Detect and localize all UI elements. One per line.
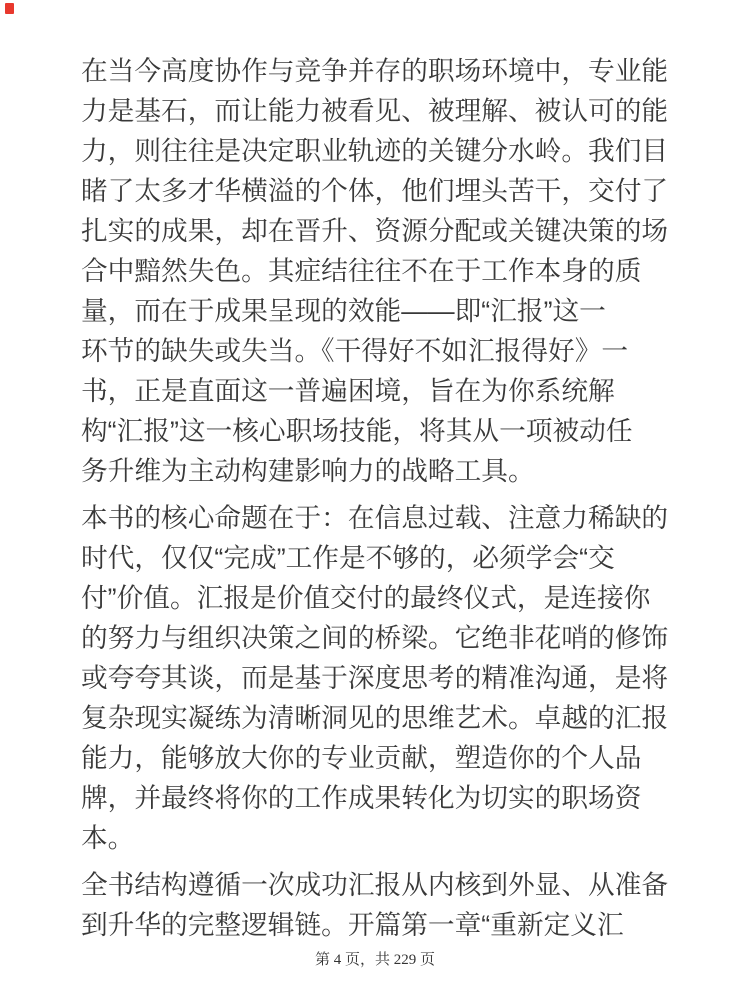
document-body: 在当今高度协作与竞争并存的职场环境中，专业能力是基石，而让能力被看见、被理解、被… <box>81 51 673 952</box>
text-line: 的努力与组织决策之间的桥梁。它绝非花哨的修饰 <box>81 618 673 658</box>
text-line: 睹了太多才华横溢的个体，他们埋头苦干，交付了 <box>81 171 673 211</box>
page-footer: 第 4 页，共 229 页 <box>0 948 750 969</box>
text-line: 付”价值。汇报是价值交付的最终仪式，是连接你 <box>81 578 673 618</box>
corner-marker <box>5 3 14 14</box>
text-line: 复杂现实凝练为清晰洞见的思维艺术。卓越的汇报 <box>81 698 673 738</box>
text-line: 力，则往往是决定职业轨迹的关键分水岭。我们目 <box>81 131 673 171</box>
paragraph: 全书结构遵循一次成功汇报从内核到外显、从准备到升华的完整逻辑链。开篇第一章“重新… <box>81 865 673 945</box>
text-line: 到升华的完整逻辑链。开篇第一章“重新定义汇 <box>81 905 673 945</box>
page-indicator: 第 4 页，共 229 页 <box>315 952 435 968</box>
text-line: 书，正是直面这一普遍困境，旨在为你系统解 <box>81 371 673 411</box>
text-line: 务升维为主动构建影响力的战略工具。 <box>81 451 673 491</box>
text-line: 扎实的成果，却在晋升、资源分配或关键决策的场 <box>81 211 673 251</box>
text-line: 量，而在于成果呈现的效能——即“汇报”这一 <box>81 291 673 331</box>
text-line: 牌，并最终将你的工作成果转化为切实的职场资 <box>81 778 673 818</box>
text-line: 环节的缺失或失当。《干得好不如汇报得好》一 <box>81 331 673 371</box>
text-line: 构“汇报”这一核心职场技能，将其从一项被动任 <box>81 411 673 451</box>
text-line: 合中黯然失色。其症结往往不在于工作本身的质 <box>81 251 673 291</box>
text-line: 能力，能够放大你的专业贡献，塑造你的个人品 <box>81 738 673 778</box>
text-line: 本。 <box>81 818 673 858</box>
text-line: 在当今高度协作与竞争并存的职场环境中，专业能 <box>81 51 673 91</box>
paragraph: 在当今高度协作与竞争并存的职场环境中，专业能力是基石，而让能力被看见、被理解、被… <box>81 51 673 491</box>
text-line: 时代，仅仅“完成”工作是不够的，必须学会“交 <box>81 538 673 578</box>
page-surface[interactable]: 在当今高度协作与竞争并存的职场环境中，专业能力是基石，而让能力被看见、被理解、被… <box>0 0 750 1000</box>
text-line: 力是基石，而让能力被看见、被理解、被认可的能 <box>81 91 673 131</box>
text-line: 全书结构遵循一次成功汇报从内核到外显、从准备 <box>81 865 673 905</box>
text-line: 本书的核心命题在于：在信息过载、注意力稀缺的 <box>81 498 673 538</box>
text-line: 或夸夸其谈，而是基于深度思考的精准沟通，是将 <box>81 658 673 698</box>
paragraph: 本书的核心命题在于：在信息过载、注意力稀缺的时代，仅仅“完成”工作是不够的，必须… <box>81 498 673 858</box>
